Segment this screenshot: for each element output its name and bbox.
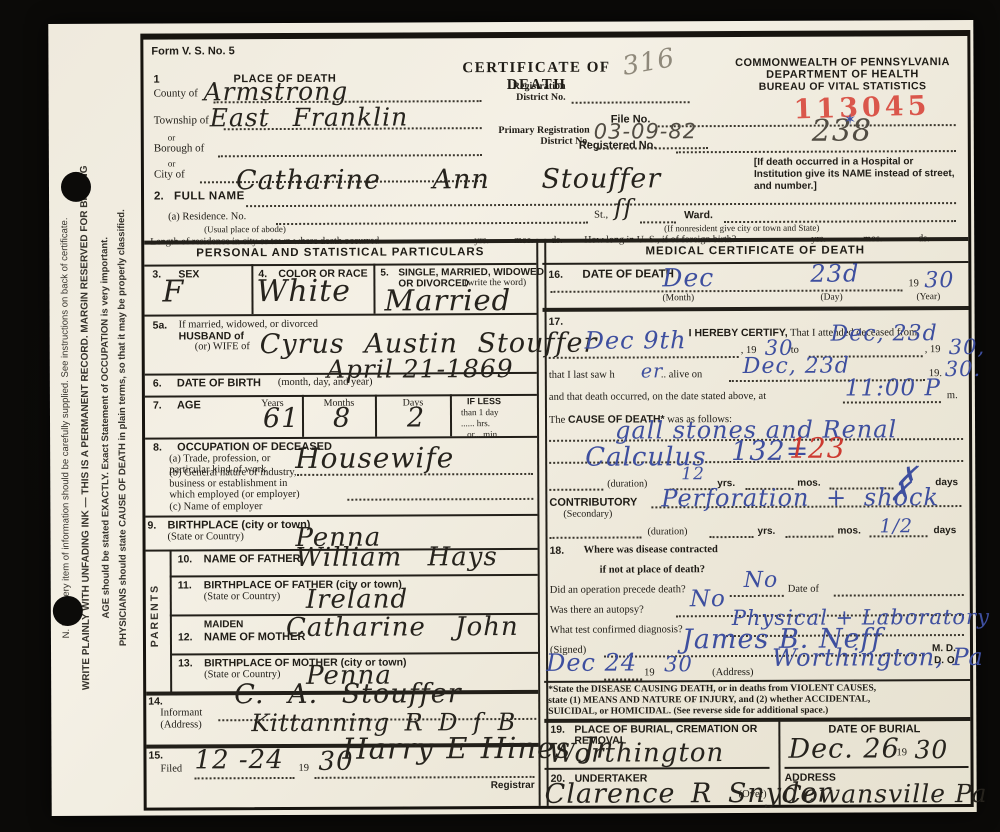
informant-label: Informant — [160, 707, 202, 718]
sex-value: F — [162, 277, 184, 307]
maiden-label: MAIDEN — [204, 619, 244, 630]
medical-column: MEDICAL CERTIFICATE OF DEATH 16. DATE OF… — [542, 237, 970, 806]
if-less-line1: IF LESS — [467, 396, 501, 406]
item-10-number: 10. — [178, 553, 193, 565]
mother-name-value: Catharine John — [286, 614, 519, 641]
father-birthplace-sub: (State or Country) — [204, 591, 280, 602]
ward-label: Ward. — [684, 209, 713, 221]
cause-pre: The — [549, 415, 568, 426]
township-value: East Franklin — [210, 104, 409, 130]
burial-year-value: 30 — [914, 737, 948, 762]
registration-district-label-2: District No. — [476, 92, 566, 103]
agency-line-2: DEPARTMENT OF HEALTH — [723, 68, 961, 81]
dotted-leader — [218, 154, 482, 157]
dotted-leader — [676, 150, 956, 153]
full-name-value: Catharine Ann Stouffer — [236, 165, 661, 194]
item-2-number: 2. — [154, 191, 164, 203]
sign-date-value: Dec 24 — [546, 650, 637, 674]
filed-19-prefix: 19 — [299, 763, 310, 774]
cell-divider — [450, 394, 452, 436]
occupation-b-line2: business or establishment in — [169, 478, 287, 490]
full-name-label: FULL NAME — [174, 190, 245, 202]
father-birthplace-value: Ireland — [306, 586, 408, 612]
medical-section-title: MEDICAL CERTIFICATE OF DEATH — [542, 244, 968, 258]
burial-date-underline — [785, 766, 969, 769]
city-of-label: City of — [154, 168, 185, 180]
age-years-value: 61 — [263, 405, 299, 432]
birthplace-sub: (State or Country) — [167, 531, 243, 542]
burial-place-value: Worthington — [548, 740, 724, 767]
informant-value: C. A. Stouffer — [234, 680, 462, 708]
death-19-prefix: 19 — [908, 278, 919, 289]
death-day-value: 23d — [810, 261, 859, 285]
rule — [170, 652, 538, 655]
undertaker-address-value: Cowansville Pa — [783, 781, 988, 807]
primary-registration-label-1: Primary Registration — [472, 125, 590, 137]
margin-note-write-plainly: WRITE PLAINLY WITH UNFADING INK — THIS I… — [78, 54, 92, 802]
date-of-label: Date of — [788, 584, 819, 595]
address-label: (Address) — [712, 667, 753, 678]
parents-divider — [170, 549, 172, 691]
time-m-label: m. — [947, 390, 958, 401]
not-at-place-label: if not at place of death? — [600, 564, 705, 575]
margin-note-nb: N. B.—Every item of information should b… — [58, 54, 72, 802]
form-number: Form V. S. No. 5 — [151, 45, 234, 57]
dotted-leader — [549, 489, 603, 491]
filed-date-value: 12 -24 — [194, 747, 283, 773]
last-saw-label: that I last saw h — [549, 370, 615, 381]
death-year-value: 30 — [924, 270, 954, 292]
registered-no-value: 238 — [812, 116, 872, 146]
borough-of-label: Borough of — [154, 142, 204, 154]
or-label-2: or — [168, 158, 176, 168]
footnote-line1: *State the DISEASE CAUSING DEATH, or in … — [548, 683, 876, 694]
registration-district-label-1: Registration — [476, 81, 566, 92]
cell-divider — [251, 264, 253, 314]
item-16-number: 16. — [548, 269, 563, 281]
month-sublabel: (Month) — [662, 293, 694, 303]
parents-vertical-label: PARENTS — [149, 550, 162, 682]
item-5-number: 5. — [380, 268, 388, 279]
test-label: What test confirmed diagnosis? — [550, 624, 683, 636]
death-month-value: Dec — [662, 265, 714, 290]
operation-value: No — [744, 570, 779, 592]
contributory-label: CONTRIBUTORY — [549, 496, 637, 508]
if-less-line2: than 1 day — [461, 407, 499, 417]
penciled-certificate-number: 316 — [621, 45, 677, 80]
item-3-number: 3. — [152, 269, 161, 281]
punch-hole-top — [61, 172, 91, 202]
item-14-number: 14. — [148, 696, 163, 708]
contributory-scribble: ✗ — [889, 479, 912, 505]
abode-note: (Usual place of abode) — [204, 224, 286, 234]
duration2-label: (duration) — [647, 526, 687, 537]
rule — [145, 514, 537, 518]
wife-of-label: (or) WIFE of — [195, 341, 250, 352]
cell-divider — [375, 395, 377, 437]
last-saw-date-value: Dec, 23d — [743, 356, 850, 378]
dotted-leader — [246, 202, 956, 207]
father-name-label: NAME OF FATHER — [204, 553, 301, 565]
informant-address-label: (Address) — [160, 719, 201, 730]
registrar-label: Registrar — [457, 780, 535, 791]
dotted-leader — [658, 124, 956, 127]
cell-divider — [302, 395, 304, 437]
autopsy-value: No — [690, 588, 726, 611]
hospital-instruction-note: [If death occurred in a Hospital or Inst… — [754, 156, 960, 193]
duration-years-value: 12 — [681, 466, 705, 483]
physician-address-value: Worthington, Pa — [772, 645, 984, 670]
residence-label: (a) Residence. No. — [168, 211, 246, 222]
dotted-leader — [550, 536, 642, 538]
duration2-mos-label: mos. — [837, 525, 860, 536]
last-saw-her: er — [641, 362, 663, 381]
primary-registration-value: 03-09-82 — [594, 121, 697, 142]
county-value: Armstrong — [204, 79, 349, 105]
occupation-c-label: (c) Name of employer — [169, 501, 262, 512]
margin-note-physicians: PHYSICIANS should state CAUSE OF DEATH i… — [115, 54, 129, 802]
item-11-number: 11. — [178, 579, 192, 591]
rule — [170, 574, 538, 577]
dotted-leader — [550, 289, 902, 293]
age-days-value: 2 — [407, 404, 425, 431]
item-6-number: 6. — [153, 378, 162, 390]
dotted-leader — [276, 222, 588, 225]
st-label: St., — [594, 210, 608, 221]
township-of-label: Township of — [154, 114, 209, 126]
item-8-number: 8. — [153, 442, 162, 454]
or-label-1: or — [168, 132, 176, 142]
duration-label: (duration) — [607, 478, 647, 489]
occupation-b-line1: (b) General nature of industry, — [169, 467, 296, 479]
item-12-number: 12. — [178, 631, 193, 643]
dotted-leader — [710, 536, 754, 538]
to-year-value: 30, — [949, 337, 985, 358]
marital-value: Married — [384, 286, 511, 316]
residence-st-handwriting: ſſ — [614, 197, 633, 220]
item-7-number: 7. — [153, 400, 162, 412]
duration2-days-label: days — [933, 525, 956, 536]
footnote-line3: SUICIDAL, or HOMICIDAL. (See reverse sid… — [548, 706, 828, 717]
dotted-leader — [195, 777, 295, 779]
dotted-leader — [596, 147, 708, 149]
alive-on-label: .. alive on — [661, 369, 702, 380]
rule — [144, 263, 536, 267]
dotted-leader — [730, 595, 784, 597]
footnote-line2: state (1) MEANS AND NATURE OF INJURY, an… — [548, 694, 870, 705]
county-of-label: County of — [154, 87, 198, 99]
dotted-leader — [347, 498, 533, 501]
date-of-birth-label: DATE OF BIRTH — [177, 377, 261, 389]
date-of-birth-value: April 21-1869 — [327, 356, 514, 382]
duration2-yrs-label: yrs. — [757, 526, 775, 537]
item-9-number: 9. — [147, 520, 156, 532]
scanned-death-certificate: N. B.—Every item of information should b… — [0, 0, 1000, 832]
duration2-days-value: 1/2 — [879, 517, 913, 536]
personal-section-title: PERSONAL AND STATISTICAL PARTICULARS — [144, 246, 536, 260]
burial-date-value: Dec. 26 — [788, 735, 899, 762]
occupation-a-line1: (a) Trade, profession, or — [169, 453, 270, 464]
dotted-leader — [834, 594, 964, 597]
agency-line-1: COMMONWEALTH OF PENNSYLVANIA — [723, 56, 961, 69]
rule — [544, 679, 970, 683]
attended-to-value: Dec, 23d — [831, 323, 938, 345]
item-1-number: 1 — [153, 74, 159, 86]
autopsy-label: Was there an autopsy? — [550, 604, 644, 615]
race-value: White — [256, 277, 351, 307]
dotted-leader — [572, 101, 690, 104]
year-sublabel: (Year) — [916, 292, 940, 302]
age-label: AGE — [177, 399, 201, 411]
sign-year-value: 30 — [664, 654, 693, 675]
marital-label-line1: SINGLE, MARRIED, WIDOWED — [398, 267, 544, 279]
day-sublabel: (Day) — [820, 293, 842, 303]
death-occurred-label: and that death occurred, on the date sta… — [549, 391, 766, 403]
saw-year-value: 30. — [945, 359, 981, 380]
if-less-line3: ...... hrs. — [461, 418, 490, 428]
rule — [542, 261, 968, 265]
sign-19-prefix: 19 — [644, 667, 655, 678]
item-15-number: 15. — [148, 750, 163, 762]
item-18-number: 18. — [550, 545, 565, 557]
father-name-value: William Hays — [296, 544, 498, 571]
icd-code-red: 123 — [789, 435, 846, 463]
item-13-number: 13. — [178, 657, 193, 669]
filed-label: Filed — [161, 763, 183, 774]
margin-note-age: AGE should be stated EXACTLY. Exact Stat… — [98, 54, 112, 802]
primary-registration-label-2: District No. — [472, 136, 590, 148]
date-of-death-label: DATE OF DEATH — [582, 268, 674, 280]
nonresident-note: (If nonresident give city or town and St… — [664, 223, 819, 234]
item-5a-number: 5a. — [153, 320, 168, 332]
item-17-number: 17. — [549, 316, 564, 328]
contributory-sub: (Secondary) — [563, 509, 612, 520]
blue-check-mark: ✶ — [844, 110, 857, 129]
rule — [543, 306, 969, 312]
operation-label: Did an operation precede death? — [550, 584, 686, 596]
paper-sheet: N. B.—Every item of information should b… — [48, 20, 976, 816]
occupation-value: Housewife — [295, 444, 454, 473]
punch-hole-bottom — [53, 596, 83, 626]
age-months-value: 8 — [333, 405, 351, 432]
death-time-value: 11:00 P — [845, 377, 941, 400]
certificate-form: Form V. S. No. 5 1 PLACE OF DEATH CERTIF… — [140, 30, 973, 811]
cell-divider — [373, 264, 375, 314]
attended-from-value: Dec 9th — [585, 328, 687, 352]
occupation-b-line3: which employed (or employer) — [169, 489, 299, 501]
disease-contracted-label: Where was disease contracted — [584, 544, 718, 556]
birthplace-label: BIRTHPLACE (city or town) — [167, 519, 310, 532]
dotted-leader — [786, 536, 834, 538]
